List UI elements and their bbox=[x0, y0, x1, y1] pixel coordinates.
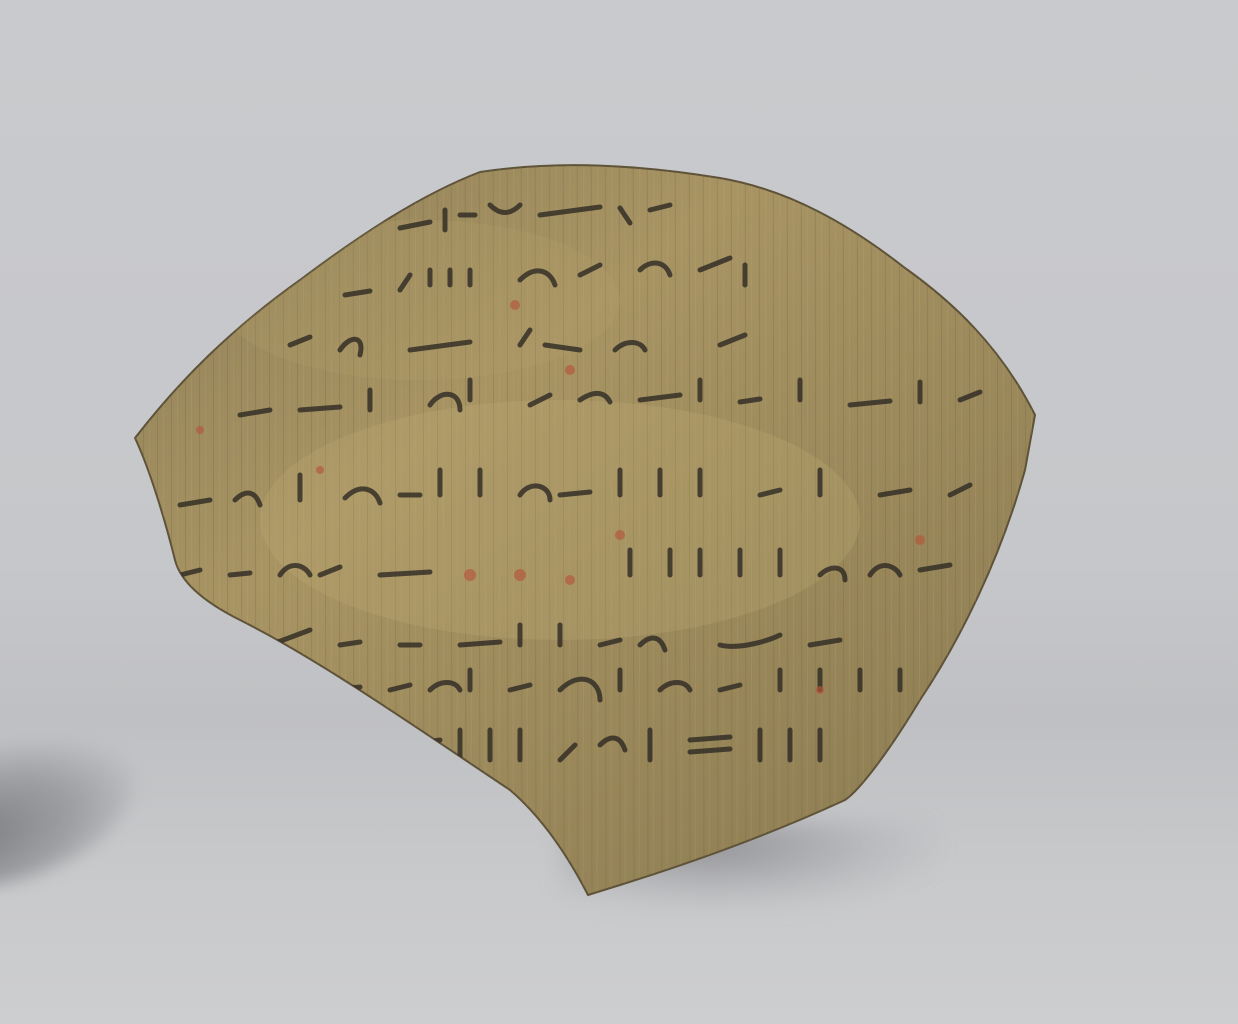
ostracon-sherd bbox=[0, 0, 1238, 1024]
photo-scene bbox=[0, 0, 1238, 1024]
sherd-surface bbox=[130, 160, 1040, 900]
